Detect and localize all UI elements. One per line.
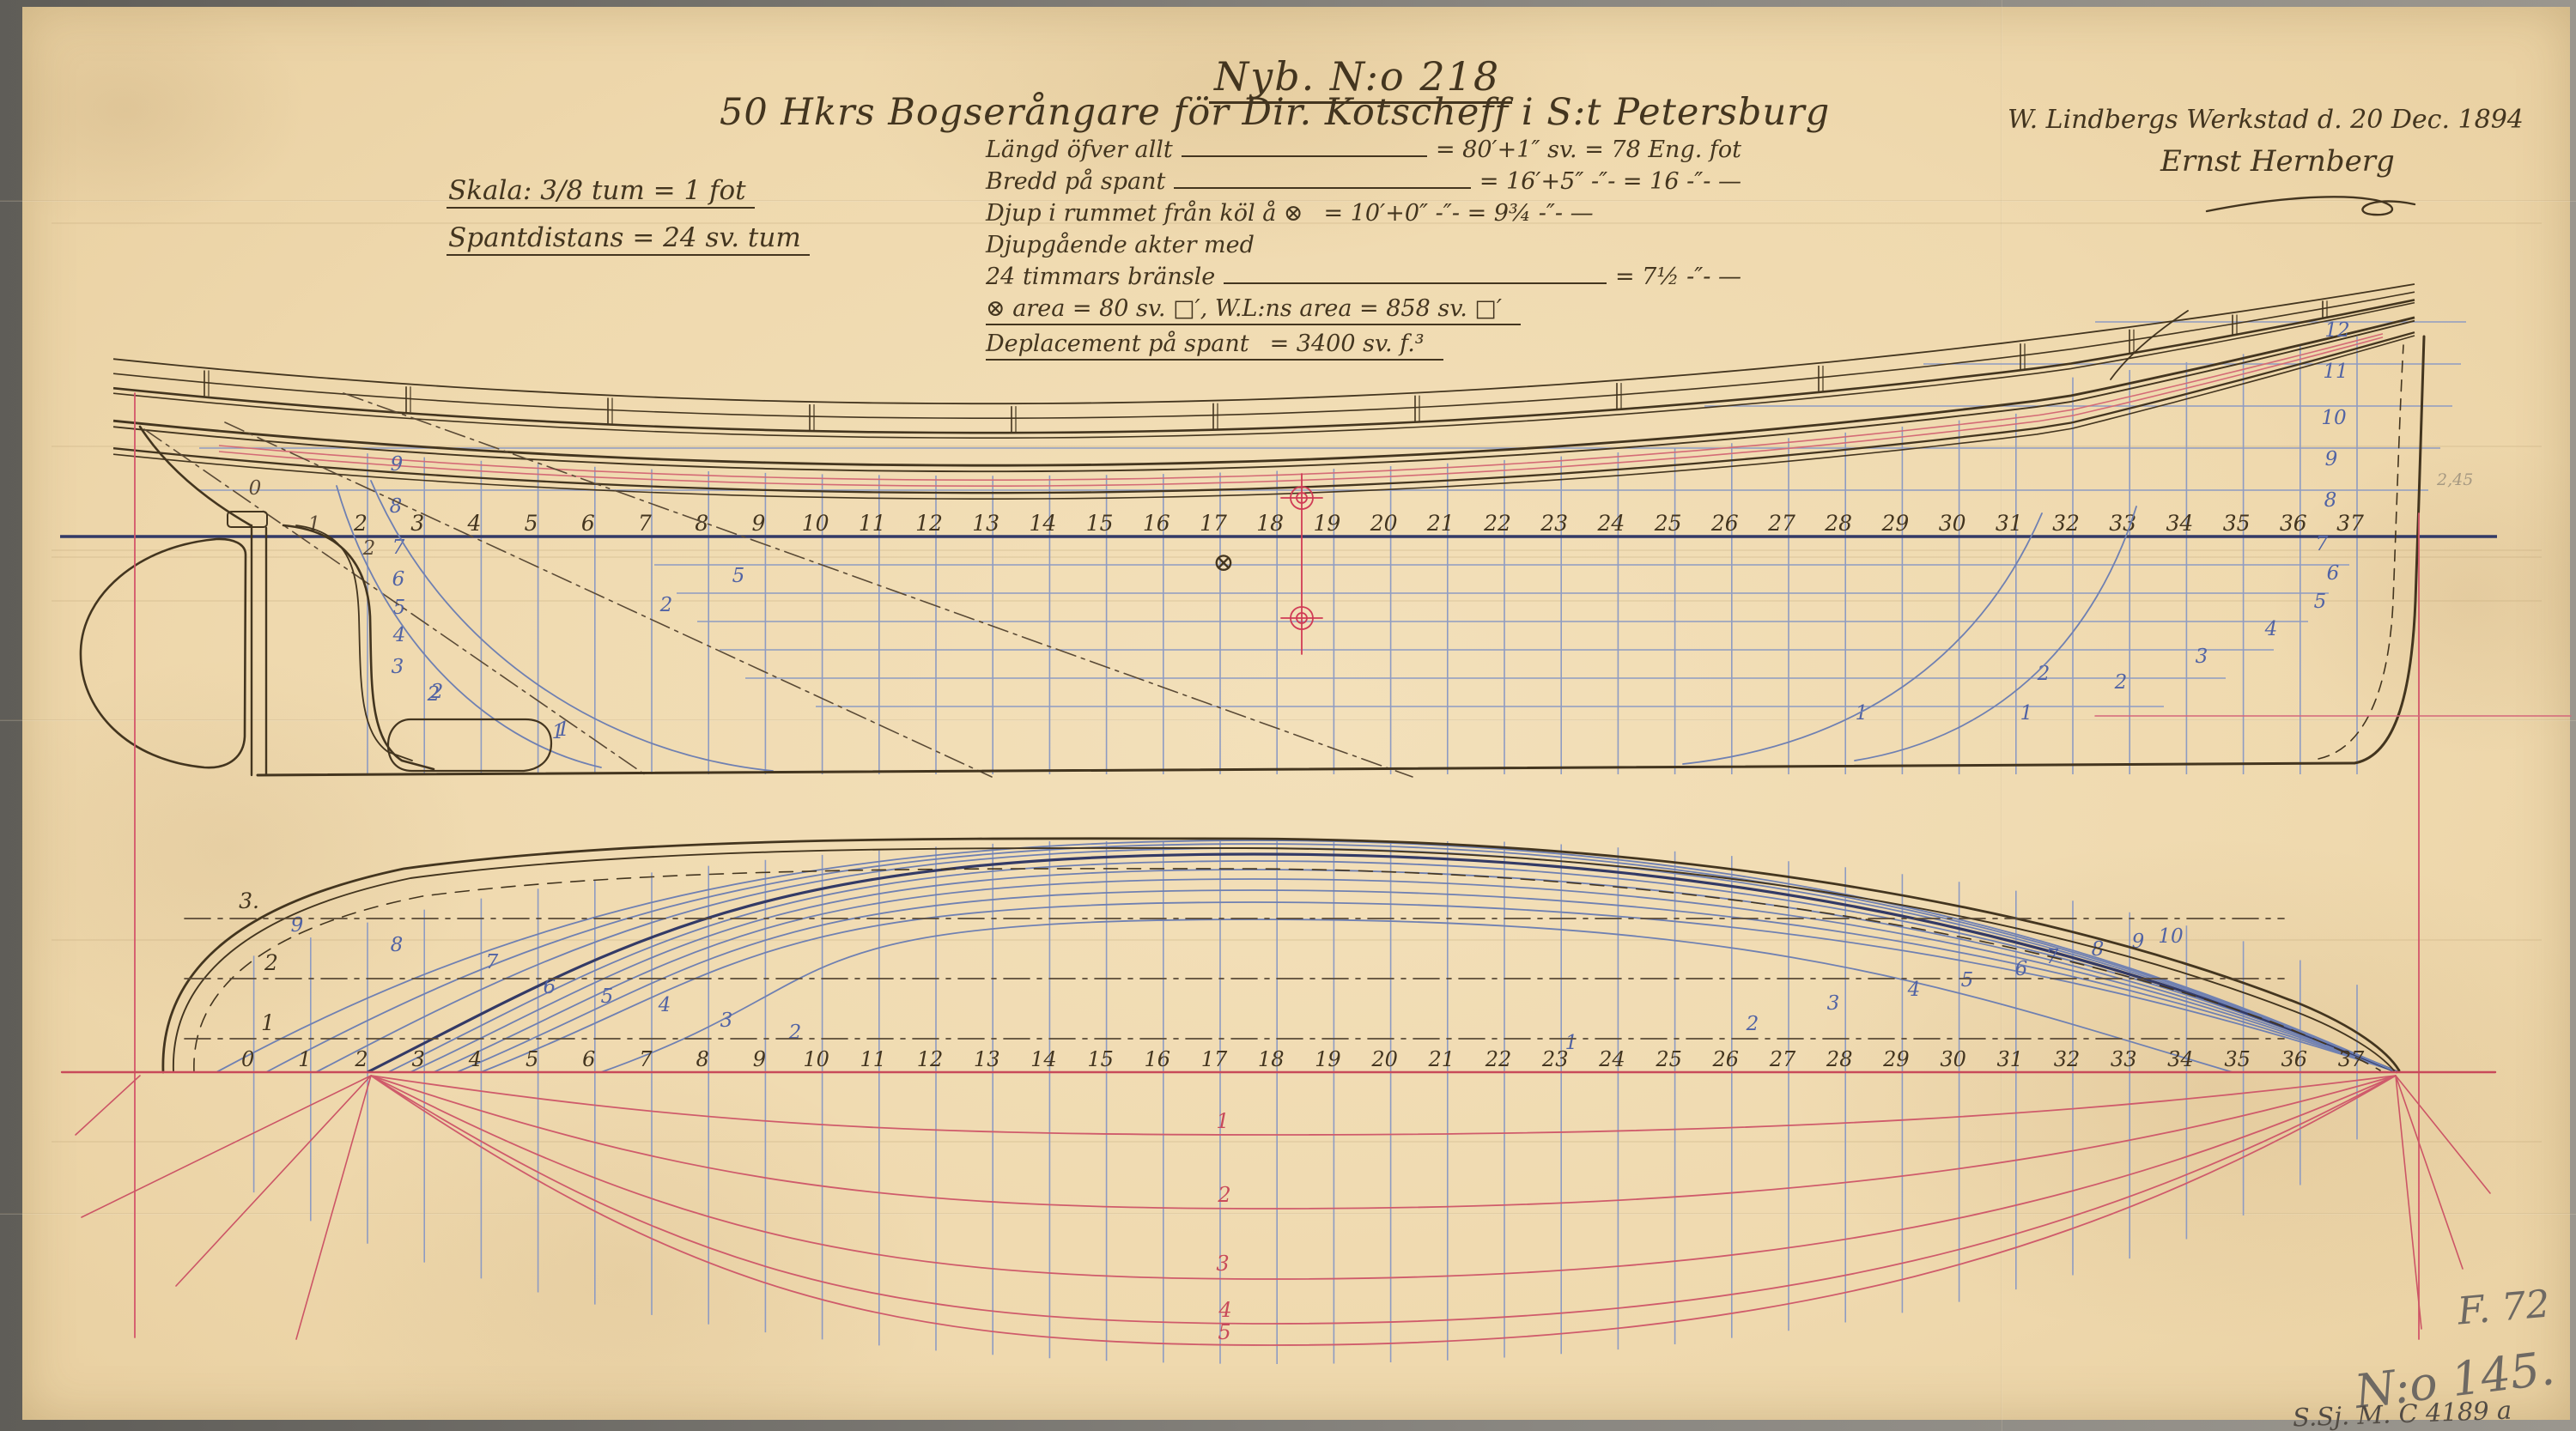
- drawing-label: 31: [1997, 1047, 2024, 1071]
- drawing-label: 3: [412, 1047, 425, 1071]
- drawing-label: 4: [658, 994, 671, 1016]
- pencil-note: 2,45: [2437, 470, 2473, 489]
- plan-buttock-dashdot: [185, 919, 2284, 1039]
- plan-stern-red-fan: [76, 1076, 371, 1339]
- scale-note: Skala: 3/8 tum = 1 fot: [447, 175, 755, 209]
- drawing-title: 50 Hkrs Bogserångare för Dir. Kotscheff …: [720, 91, 1830, 134]
- rule-leader: [1182, 155, 1427, 157]
- drawing-label: 9: [2325, 448, 2338, 470]
- drawing-label: 12: [917, 1047, 944, 1071]
- drawing-label: 27: [1769, 1047, 1796, 1071]
- plan-waterline-curves: [216, 840, 2397, 1072]
- drawing-label: 2: [264, 950, 278, 975]
- drawing-label: 6: [582, 1047, 595, 1071]
- drawing-label: 6: [2327, 562, 2340, 585]
- drawing-label: 9: [391, 453, 404, 476]
- drawing-label: 20: [1370, 511, 1398, 536]
- drawing-label: 5: [732, 565, 745, 587]
- drawing-label: 34: [2167, 1047, 2194, 1071]
- drawing-label: 4: [1907, 979, 1921, 1001]
- drawing-label: 11: [859, 511, 886, 536]
- propeller-aperture: [283, 525, 434, 769]
- drawing-label: 21: [1428, 1047, 1455, 1071]
- drawing-label: 30: [1940, 1047, 1966, 1071]
- rudder-outline: [81, 539, 246, 767]
- specs-table: Längd öfver allt= 80′+1″ sv. = 78 Eng. f…: [986, 137, 1741, 367]
- drawing-label: 16: [1143, 511, 1170, 536]
- drawing-label: 4: [2264, 618, 2278, 640]
- sternpost: [252, 525, 266, 775]
- drawing-label: 12: [915, 511, 943, 536]
- drawing-label: 11: [2323, 361, 2348, 383]
- drawing-label: 5: [526, 1047, 538, 1071]
- drawing-label: 3: [2196, 646, 2208, 668]
- drawing-label: 1: [1216, 1109, 1229, 1133]
- drawing-label: 3: [410, 511, 424, 536]
- drawing-label: ⊗: [1212, 548, 1234, 578]
- drawing-label: 12: [2324, 319, 2349, 342]
- stern-counter: [140, 427, 251, 525]
- drawing-label: 14: [1030, 1047, 1057, 1071]
- spec-row-draught-1: Djupgående akter med: [986, 233, 1741, 258]
- plan-deck-dashed: [194, 869, 2380, 1072]
- drawing-label: 17: [1201, 1047, 1228, 1071]
- drawing-label: 17: [1200, 511, 1227, 536]
- drawing-label: 23: [1540, 511, 1568, 536]
- drawing-label: 2: [2114, 671, 2128, 694]
- drawing-label: 2: [788, 1022, 802, 1044]
- drawing-label: 18: [1258, 1047, 1285, 1071]
- drawing-label: 2: [1217, 1183, 1230, 1207]
- drawing-label: 0: [249, 477, 262, 500]
- drawing-label: 7: [392, 537, 405, 559]
- keel-line: [258, 763, 2354, 775]
- buttock-curve-bow-1: [1683, 513, 2042, 764]
- drawing-label: 3: [1827, 992, 1840, 1015]
- drawing-label: 13: [974, 1047, 1000, 1071]
- drawing-label: 1: [2020, 702, 2033, 725]
- yard-and-date: W. Lindbergs Werkstad d. 20 Dec. 1894: [2008, 105, 2524, 135]
- drawing-label: 5: [1218, 1320, 1230, 1344]
- spec-row-length: Längd öfver allt= 80′+1″ sv. = 78 Eng. f…: [986, 137, 1741, 163]
- drawing-label: 31: [1996, 511, 2023, 536]
- spec-row-displacement: Deplacement på spant= 3400 sv. f.³: [986, 331, 1443, 361]
- drawing-label: 9: [753, 1047, 766, 1071]
- drawing-label: 6: [544, 976, 556, 998]
- drawing-label: 2: [362, 537, 376, 560]
- drawing-label: 2: [353, 511, 368, 536]
- archive-f-number: F. 72: [2456, 1282, 2552, 1333]
- drawing-label: 36: [2281, 1047, 2308, 1071]
- spec-row-depth: Djup i rummet från köl å ⊗= 10′+0″ -″- =…: [986, 201, 1741, 227]
- drawing-label: 29: [1882, 1047, 1910, 1071]
- drawing-label: 27: [1767, 511, 1795, 536]
- drawing-label: 4: [466, 511, 481, 536]
- drawing-label: 7: [486, 951, 499, 973]
- drawing-label: 33: [2111, 1047, 2137, 1071]
- drawing-sheet: 2345678910111213141516171819202122232425…: [0, 0, 2576, 1431]
- spec-row-beam: Bredd på spant= 16′+5″ -″- = 16 -″- —: [986, 169, 1741, 195]
- frame-spacing-note: Spantdistans = 24 sv. tum: [447, 222, 810, 256]
- drawing-label: 13: [972, 511, 999, 536]
- drawing-label: 8: [2324, 489, 2337, 512]
- drawing-label: 5: [2314, 591, 2327, 613]
- drawing-label: 37: [2336, 511, 2364, 536]
- drawing-label: 2: [354, 1047, 368, 1071]
- drawing-label: 4: [1218, 1298, 1231, 1322]
- drawing-label: 19: [1315, 1047, 1341, 1071]
- drawing-label: 20: [1370, 1047, 1398, 1071]
- drawing-label: 10: [2321, 407, 2346, 429]
- drawing-label: 26: [1712, 1047, 1740, 1071]
- rule-leader: [1174, 187, 1471, 189]
- drawing-label: 6: [2015, 958, 2028, 980]
- drawing-label: 7: [2316, 533, 2329, 555]
- drawing-label: 2: [659, 594, 673, 616]
- signature: Ernst Hernberg: [2160, 144, 2395, 179]
- drawing-label: 3: [720, 1010, 733, 1032]
- drawing-label: 7: [639, 1047, 653, 1071]
- rule-leader: [1224, 282, 1607, 284]
- drawing-label: 2: [427, 683, 440, 706]
- drawing-label: 26: [1710, 511, 1739, 536]
- drawing-label: 6: [392, 568, 405, 591]
- spec-row-draught-2: 24 timmars bränsle= 7½ -″- —: [986, 264, 1741, 290]
- drawing-label: 0: [241, 1047, 254, 1071]
- drawing-label: 15: [1087, 1047, 1114, 1071]
- drawing-label: 28: [1826, 1047, 1853, 1071]
- drawing-label: 21: [1426, 511, 1455, 536]
- drawing-label: 8: [391, 934, 404, 956]
- drawing-label: 35: [2224, 1047, 2251, 1071]
- drawing-label: 10: [2158, 925, 2183, 948]
- drawing-label: 35: [2223, 511, 2251, 536]
- drawing-label: 5: [525, 511, 538, 536]
- stern-diagonal-2: [225, 422, 992, 777]
- drawing-label: 8: [696, 1047, 709, 1071]
- drawing-label: 22: [1483, 511, 1511, 536]
- drawing-label: 24: [1598, 1047, 1625, 1071]
- drawing-label: 25: [1654, 511, 1682, 536]
- drawing-label: 11: [860, 1047, 887, 1071]
- drawing-label: 5: [1961, 969, 1974, 991]
- drawing-label: 6: [581, 511, 595, 536]
- drawing-label: 33: [2109, 511, 2136, 536]
- profile-station-grid: [368, 337, 2357, 774]
- drawing-label: 7: [638, 511, 652, 536]
- drawing-label: 3: [392, 656, 404, 678]
- drawing-labels: 2345678910111213141516171819202122232425…: [239, 319, 2365, 1344]
- drawing-label: 2: [1746, 1013, 1759, 1035]
- scale-block: Skala: 3/8 tum = 1 fot Spantdistans = 24…: [447, 175, 810, 256]
- drawing-label: 15: [1086, 511, 1114, 536]
- drawing-label: 16: [1145, 1047, 1171, 1071]
- drawing-label: 1: [298, 1047, 311, 1071]
- drawing-label: 32: [2052, 511, 2080, 536]
- drawing-label: 32: [2054, 1047, 2081, 1071]
- midship-reference-red: [1281, 474, 1322, 654]
- drawing-label: 10: [802, 511, 829, 536]
- drawing-label: 1: [1565, 1032, 1578, 1054]
- drawing-label: 28: [1824, 511, 1852, 536]
- drawing-label: 34: [2166, 511, 2193, 536]
- drawing-label: 18: [1256, 511, 1284, 536]
- drawing-label: 36: [2280, 511, 2307, 536]
- drawing-label: 9: [751, 511, 765, 536]
- buttock-curve-stern-1: [371, 481, 773, 771]
- drawing-label: 22: [1485, 1047, 1512, 1071]
- drawing-label: 3.: [239, 888, 259, 913]
- signature-flourish: [2198, 179, 2421, 221]
- drawing-label: 24: [1596, 511, 1625, 536]
- spec-row-areas: ⊗ area = 80 sv. □′, W.L:ns area = 858 sv…: [986, 296, 1521, 325]
- drawing-label: 3: [1216, 1252, 1229, 1276]
- drawing-label: 5: [601, 985, 614, 1008]
- drawing-label: 19: [1313, 511, 1340, 536]
- drawing-label: 25: [1655, 1047, 1682, 1071]
- drawing-label: 1: [552, 721, 565, 743]
- drawing-label: 4: [468, 1047, 482, 1071]
- drawing-label: 14: [1029, 511, 1056, 536]
- drawing-label: 30: [1939, 511, 1966, 536]
- drawing-label: 8: [695, 511, 708, 536]
- plan-diagonal-curves: [371, 1076, 2396, 1345]
- drawing-label: 29: [1880, 511, 1909, 536]
- drawing-label: 1: [261, 1010, 275, 1035]
- drawing-label: 10: [803, 1047, 829, 1071]
- buttock-curve-bow-2: [1855, 506, 2136, 761]
